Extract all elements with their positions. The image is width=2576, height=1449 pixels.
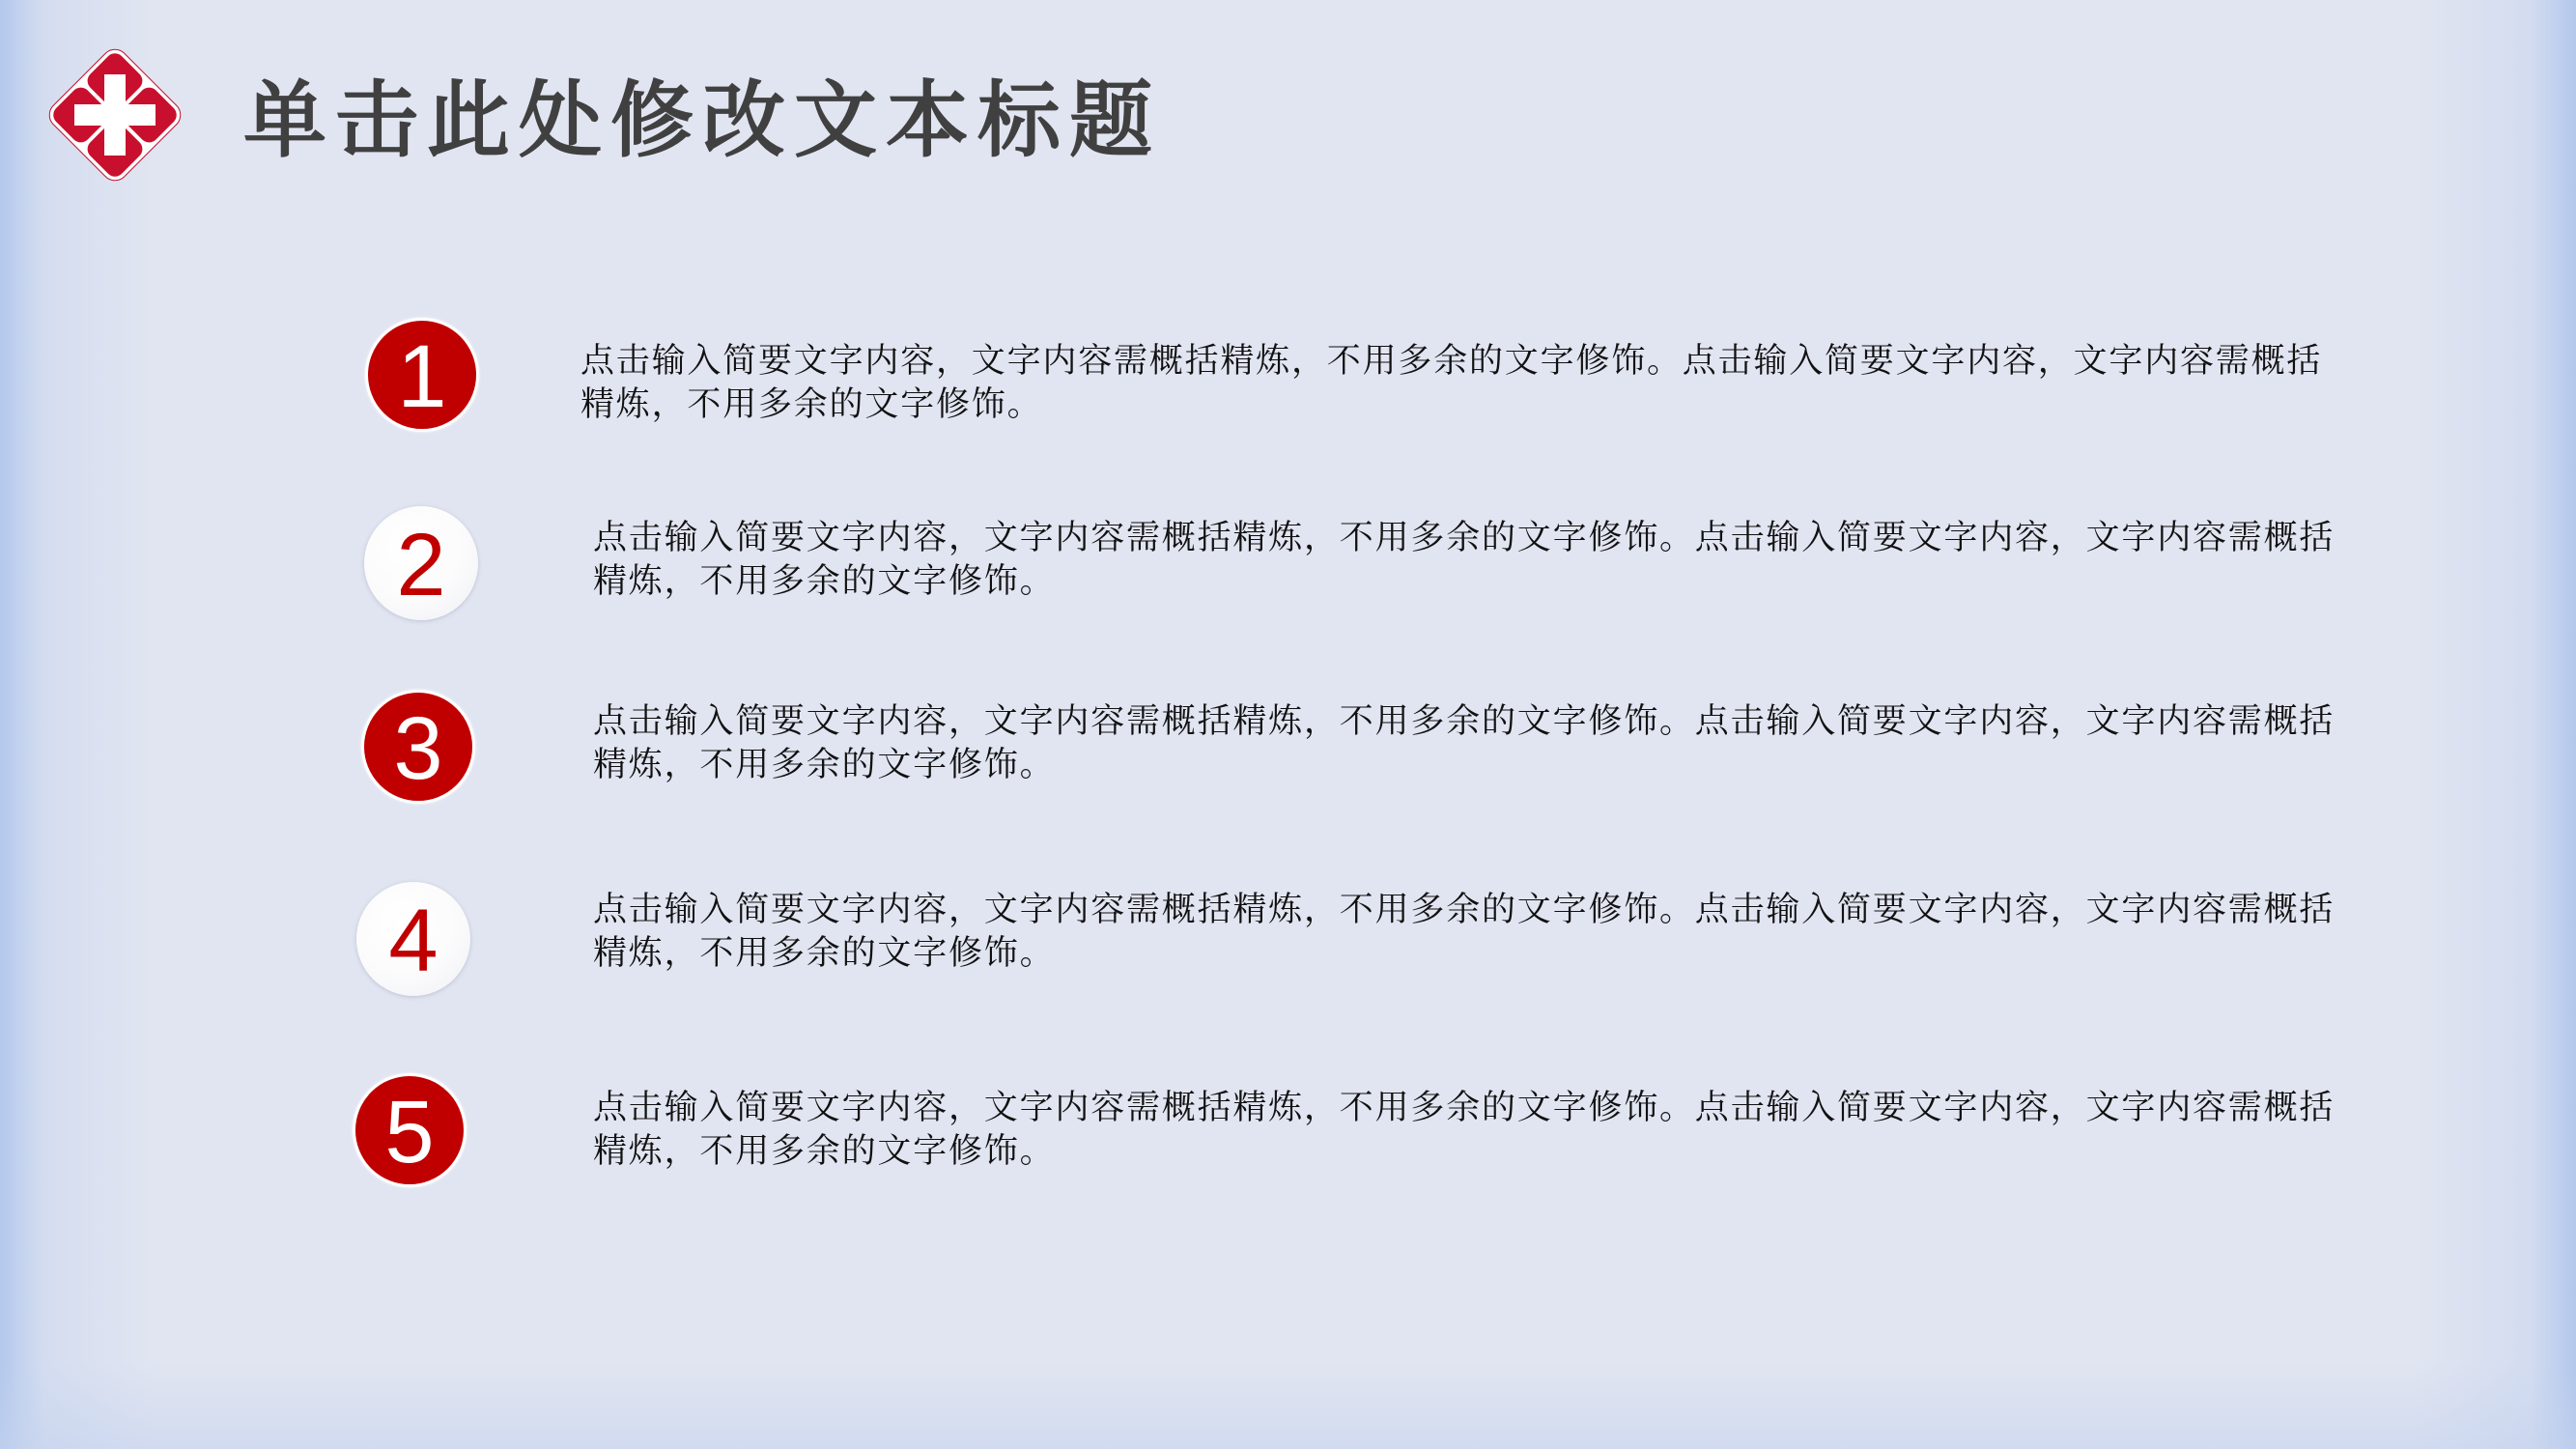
item-text-3[interactable]: 点击输入简要文字内容，文字内容需概括精炼，不用多余的文字修饰。点击输入简要文字内…: [593, 700, 2361, 787]
number-badge-5: 5: [353, 1073, 467, 1187]
number-badge-label: 4: [388, 896, 438, 985]
item-text-4[interactable]: 点击输入简要文字内容，文字内容需概括精炼，不用多余的文字修饰。点击输入简要文字内…: [593, 889, 2361, 976]
list-item-5: 5 点击输入简要文字内容，文字内容需概括精炼，不用多余的文字修饰。点击输入简要文…: [0, 0, 2576, 126]
slide-canvas: 单击此处修改文本标题 1 点击输入简要文字内容，文字内容需概括精炼，不用多余的文…: [0, 0, 2576, 1449]
number-badge-label: 5: [384, 1088, 434, 1177]
number-badge-label: 3: [393, 704, 442, 793]
number-badge-1: 1: [365, 318, 479, 432]
number-badge-3: 3: [361, 690, 475, 804]
item-text-1[interactable]: 点击输入简要文字内容，文字内容需概括精炼，不用多余的文字修饰。点击输入简要文字内…: [580, 340, 2348, 427]
number-badge-label: 2: [396, 521, 445, 610]
item-text-2[interactable]: 点击输入简要文字内容，文字内容需概括精炼，不用多余的文字修饰。点击输入简要文字内…: [593, 517, 2361, 604]
number-badge-2: 2: [364, 506, 478, 620]
item-text-5[interactable]: 点击输入简要文字内容，文字内容需概括精炼，不用多余的文字修饰。点击输入简要文字内…: [593, 1087, 2361, 1174]
number-badge-label: 1: [397, 332, 446, 421]
number-badge-4: 4: [356, 882, 470, 996]
